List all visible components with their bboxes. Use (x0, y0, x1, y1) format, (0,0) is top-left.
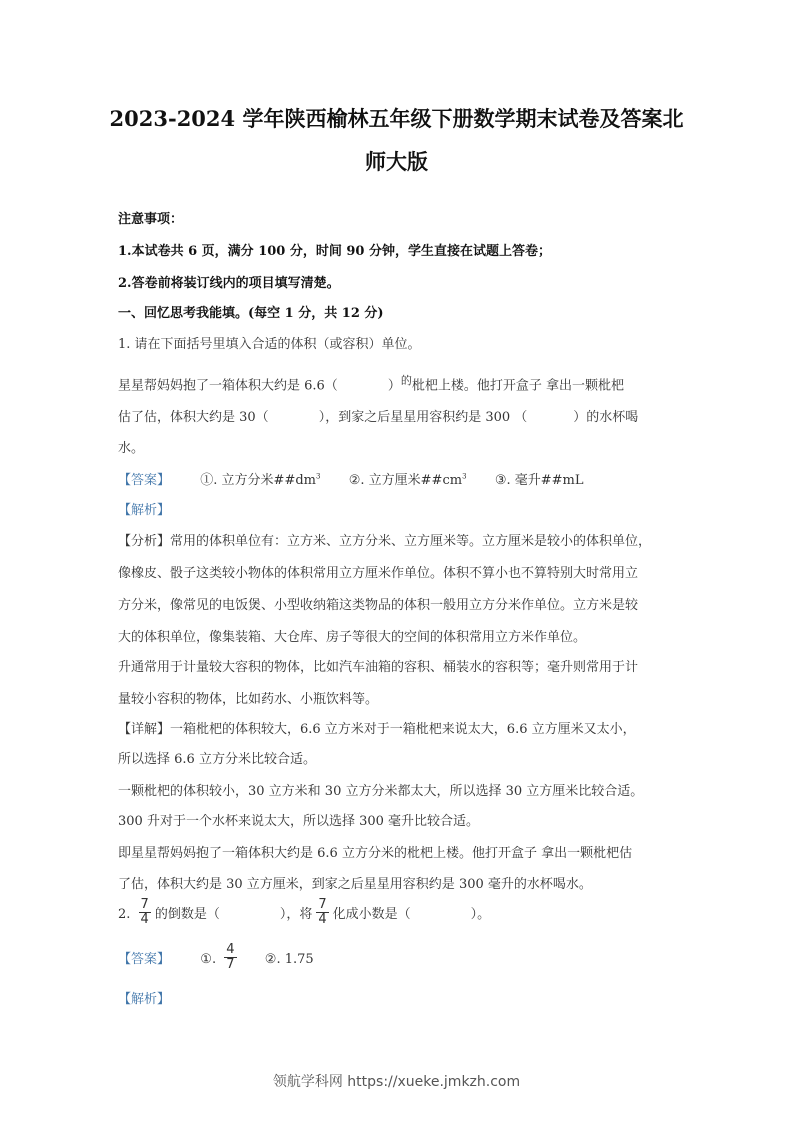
superscript: 3 (462, 473, 466, 481)
analysis-line: 升通常用于计量较大容积的物体，比如汽车油箱的容积、桶装水的容积等；毫升则常用于计 (118, 656, 638, 675)
detail-line: 即星星帮妈妈抱了一箱体积大约是 6.6 立方分米的枇杷上楼。他打开盒子 拿出一颗… (118, 842, 632, 861)
notes-item-2: 2.答卷前将装订线内的项目填写清楚。 (118, 272, 340, 291)
answer-label: 【答案】 (118, 952, 170, 967)
question-1-body-line3: 水。 (118, 437, 144, 456)
analysis-line: 像橡皮、骰子这类较小物体的体积常用立方厘米作单位。体积不算小也不算特别大时常用立 (118, 562, 638, 581)
question-1-answer: 【答案】 ①. 立方分米##dm3 ②. 立方厘米##cm3 ③. 毫升##mL (118, 469, 583, 488)
detail-line: 300 升对于一个水杯来说太大，所以选择 300 毫升比较合适。 (118, 810, 479, 829)
section-1-heading: 一、回忆思考我能填。(每空 1 分，共 12 分) (118, 302, 384, 321)
question-1-body-line1: 星星帮妈妈抱了一箱体积大约是 6.6（）的枇杷上楼。他打开盒子 拿出一颗枇杷 (118, 372, 624, 393)
analysis-line: 方分米，像常见的电饭煲、小型收纳箱这类物品的体积一般用立方分米作单位。立方米是较 (118, 594, 638, 613)
q1-text: 星星帮妈妈抱了一箱体积大约是 6.6（ (118, 378, 338, 393)
question-2-answer: 【答案】 ①. 47 ②. 1.75 (118, 945, 314, 974)
document-title-line2: 师大版 (0, 146, 793, 176)
answer-item-2: ②. 1.75 (265, 952, 314, 967)
analysis-line: 量较小容积的物体，比如药水、小瓶饮料等。 (118, 688, 378, 707)
answer-item-3: ③. 毫升##mL (495, 473, 584, 488)
q1-text: ），到家之后星星用容积约是 300 （ (319, 410, 528, 425)
fraction: 74 (316, 898, 328, 927)
footer-watermark: 领航学科网 https://xueke.jmkzh.com (0, 1071, 793, 1091)
detail-line: 一颗枇杷的体积较小，30 立方米和 30 立方分米都太大，所以选择 30 立方厘… (118, 780, 643, 799)
q1-text: 枇杷上楼。他打开盒子 拿出一颗枇杷 (412, 378, 624, 393)
detail-line: 所以选择 6.6 立方分米比较合适。 (118, 748, 316, 767)
q2-text: ）。 (471, 907, 491, 922)
document-title-line1: 2023-2024 学年陕西榆林五年级下册数学期末试卷及答案北 (0, 103, 793, 133)
analysis-line: 【分析】常用的体积单位有：立方米、立方分米、立方厘米等。立方厘米是较小的体积单位… (118, 530, 651, 549)
notes-item-1: 1.本试卷共 6 页，满分 100 分，时间 90 分钟，学生直接在试题上答卷； (118, 240, 551, 259)
notes-heading: 注意事项： (118, 208, 183, 227)
fraction: 47 (224, 943, 236, 972)
analysis-line: 大的体积单位，像集装箱、大仓库、房子等很大的空间的体积常用立方米作单位。 (118, 626, 586, 645)
q1-text: ） (388, 378, 401, 393)
question-1-body-line2: 估了估，体积大约是 30（），到家之后星星用容积约是 300 （）的水杯喝 (118, 406, 638, 425)
q2-text: ），将 (280, 907, 313, 922)
analysis-label: 【解析】 (118, 988, 170, 1007)
q1-text: 的 (401, 374, 412, 387)
answer-item-2: ②. 立方厘米##cm (349, 473, 462, 488)
q2-text: 化成小数是（ (333, 907, 411, 922)
answer-label: 【答案】 (118, 473, 170, 488)
detail-line: 了估，体积大约是 30 立方厘米，到家之后星星用容积约是 300 毫升的水杯喝水… (118, 873, 592, 892)
question-number: 2. (118, 907, 130, 922)
answer-item-1-prefix: ①. (200, 952, 216, 967)
analysis-label: 【解析】 (118, 499, 170, 518)
fraction: 74 (139, 898, 151, 927)
question-1-prompt: 1. 请在下面括号里填入合适的体积（或容积）单位。 (118, 333, 421, 352)
document-page: 2023-2024 学年陕西榆林五年级下册数学期末试卷及答案北 师大版 注意事项… (0, 0, 793, 1122)
detail-line: 【详解】一箱枇杷的体积较大，6.6 立方米对于一箱枇杷来说太大，6.6 立方厘米… (118, 718, 636, 737)
q1-text: 估了估，体积大约是 30（ (118, 410, 269, 425)
question-2: 2. 74的倒数是（），将74化成小数是（）。 (118, 900, 490, 929)
answer-item-1: ①. 立方分米##dm (200, 473, 316, 488)
q1-text: ）的水杯喝 (573, 410, 638, 425)
q2-text: 的倒数是（ (155, 907, 220, 922)
superscript: 3 (316, 473, 320, 481)
